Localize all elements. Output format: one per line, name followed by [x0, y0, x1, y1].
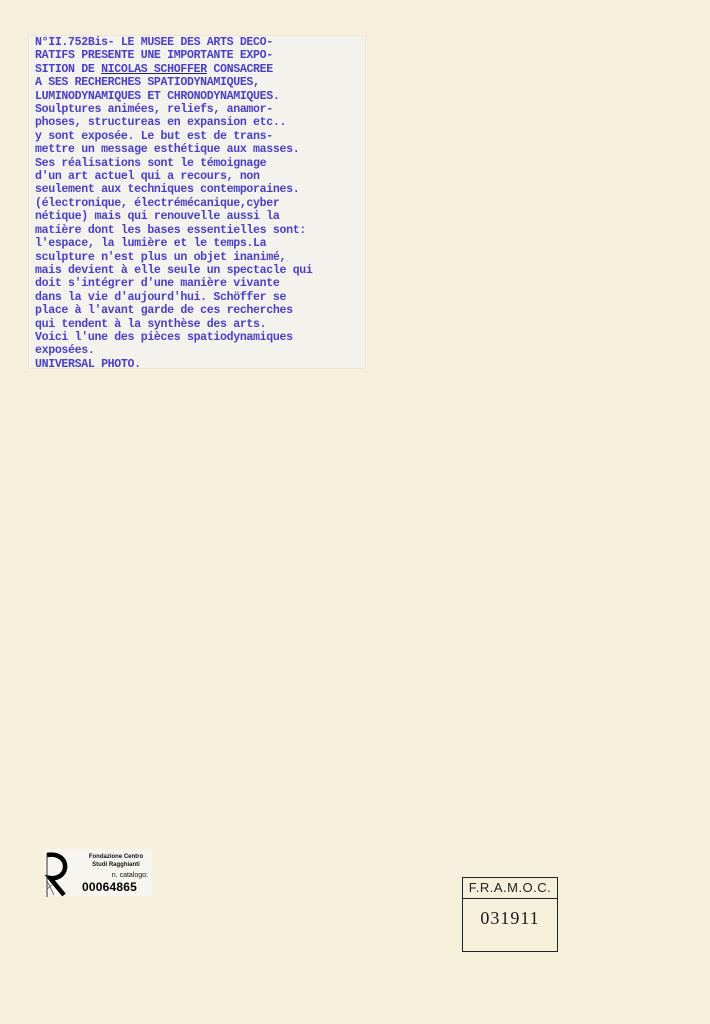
catalog-sticker: Fondazione Centro Studi Ragghianti n. ca…	[44, 849, 152, 896]
framoc-stamp: F.R.A.M.O.C. 031911	[462, 877, 558, 952]
catalog-number: 00064865	[82, 880, 137, 894]
catalog-label: n. catalogo:	[112, 872, 148, 879]
caption-label: N°II.752Bis- LE MUSEE DES ARTS DECO- RAT…	[29, 36, 365, 368]
stamp-code: 031911	[463, 908, 557, 929]
ragghianti-logo-icon	[44, 851, 68, 897]
artist-name: NICOLAS SCHOFFER	[101, 63, 207, 76]
organization-name: Fondazione Centro Studi Ragghianti	[80, 854, 152, 869]
caption-text: N°II.752Bis- LE MUSEE DES ARTS DECO- RAT…	[35, 36, 313, 371]
stamp-header: F.R.A.M.O.C.	[463, 878, 557, 899]
photo-back-paper: N°II.752Bis- LE MUSEE DES ARTS DECO- RAT…	[0, 0, 710, 1024]
